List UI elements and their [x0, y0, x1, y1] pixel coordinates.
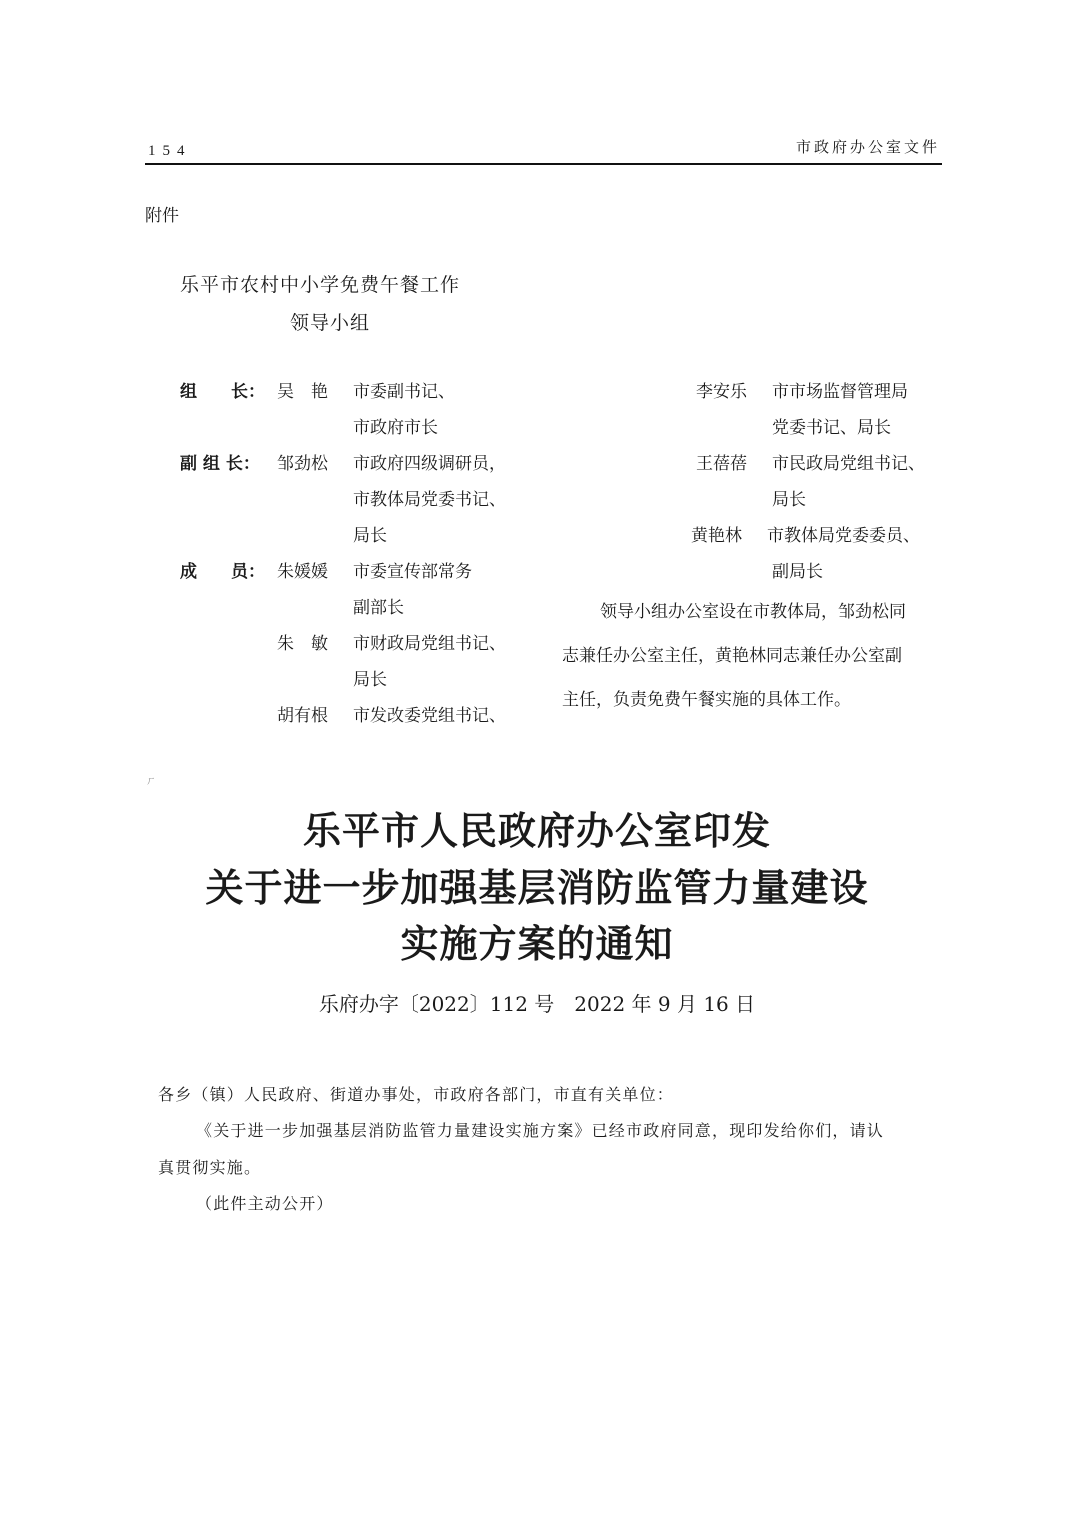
member-post: 局长	[772, 482, 806, 518]
member-name: 黄艳林	[691, 518, 742, 554]
group-title-line2: 领导小组	[290, 308, 370, 335]
member-post: 市财政局党组书记、	[353, 626, 506, 662]
member-name: 朱媛媛	[277, 554, 328, 590]
notice-title-line1: 乐平市人民政府办公室印发	[0, 800, 1074, 855]
member-post: 市教体局党委委员、	[767, 518, 920, 554]
member-post: 党委书记、局长	[772, 410, 891, 446]
member-name: 王蓓蓓	[696, 446, 747, 482]
disclosure-note: （此件主动公开）	[196, 1191, 334, 1214]
running-head: 市政府办公室文件	[796, 136, 940, 157]
member-post: 局长	[353, 662, 387, 698]
member-post: 市教体局党委书记、	[353, 482, 506, 518]
office-note-line: 主任，负责免费午餐实施的具体工作。	[562, 678, 851, 722]
member-post: 市政府市长	[353, 410, 438, 446]
member-name: 朱 敏	[277, 626, 328, 662]
office-note-line: 志兼任办公室主任，黄艳林同志兼任办公室副	[562, 634, 902, 678]
member-post: 市民政局党组书记、	[772, 446, 925, 482]
member-post: 副局长	[772, 554, 823, 590]
member-role: 组 长：	[180, 374, 265, 410]
body-line: 《关于进一步加强基层消防监管力量建设实施方案》已经市政府同意，现印发给你们，请认	[196, 1118, 884, 1141]
member-post: 局长	[353, 518, 387, 554]
member-post: 市市场监督管理局	[772, 374, 908, 410]
member-role: 成 员：	[180, 554, 265, 590]
member-post: 市政府四级调研员，	[353, 446, 506, 482]
member-name: 李安乐	[696, 374, 747, 410]
group-title-line1: 乐平市农村中小学免费午餐工作	[180, 270, 460, 297]
attachment-label: 附件	[145, 201, 179, 226]
page-number: 154	[148, 143, 192, 160]
member-role: 副 组 长：	[180, 446, 260, 482]
addressee: 各乡（镇）人民政府、街道办事处，市政府各部门，市直有关单位：	[158, 1082, 674, 1105]
member-post: 市委副书记、	[353, 374, 455, 410]
body-line: 真贯彻实施。	[158, 1155, 261, 1178]
member-post: 市发改委党组书记、	[353, 698, 506, 734]
member-name: 胡有根	[277, 698, 328, 734]
member-post: 市委宣传部常务	[353, 554, 472, 590]
office-note-line: 领导小组办公室设在市教体局，邹劲松同	[600, 590, 906, 634]
member-name: 邹劲松	[277, 446, 328, 482]
stray-mark: ㄏ	[146, 772, 156, 787]
notice-title-line3: 实施方案的通知	[0, 913, 1074, 968]
document-number: 乐府办字〔2022〕112 号 2022 年 9 月 16 日	[0, 988, 1074, 1017]
member-name: 吴 艳	[277, 374, 328, 410]
notice-title-line2: 关于进一步加强基层消防监管力量建设	[0, 857, 1074, 912]
header-rule	[145, 163, 942, 165]
member-post: 副部长	[353, 590, 404, 626]
